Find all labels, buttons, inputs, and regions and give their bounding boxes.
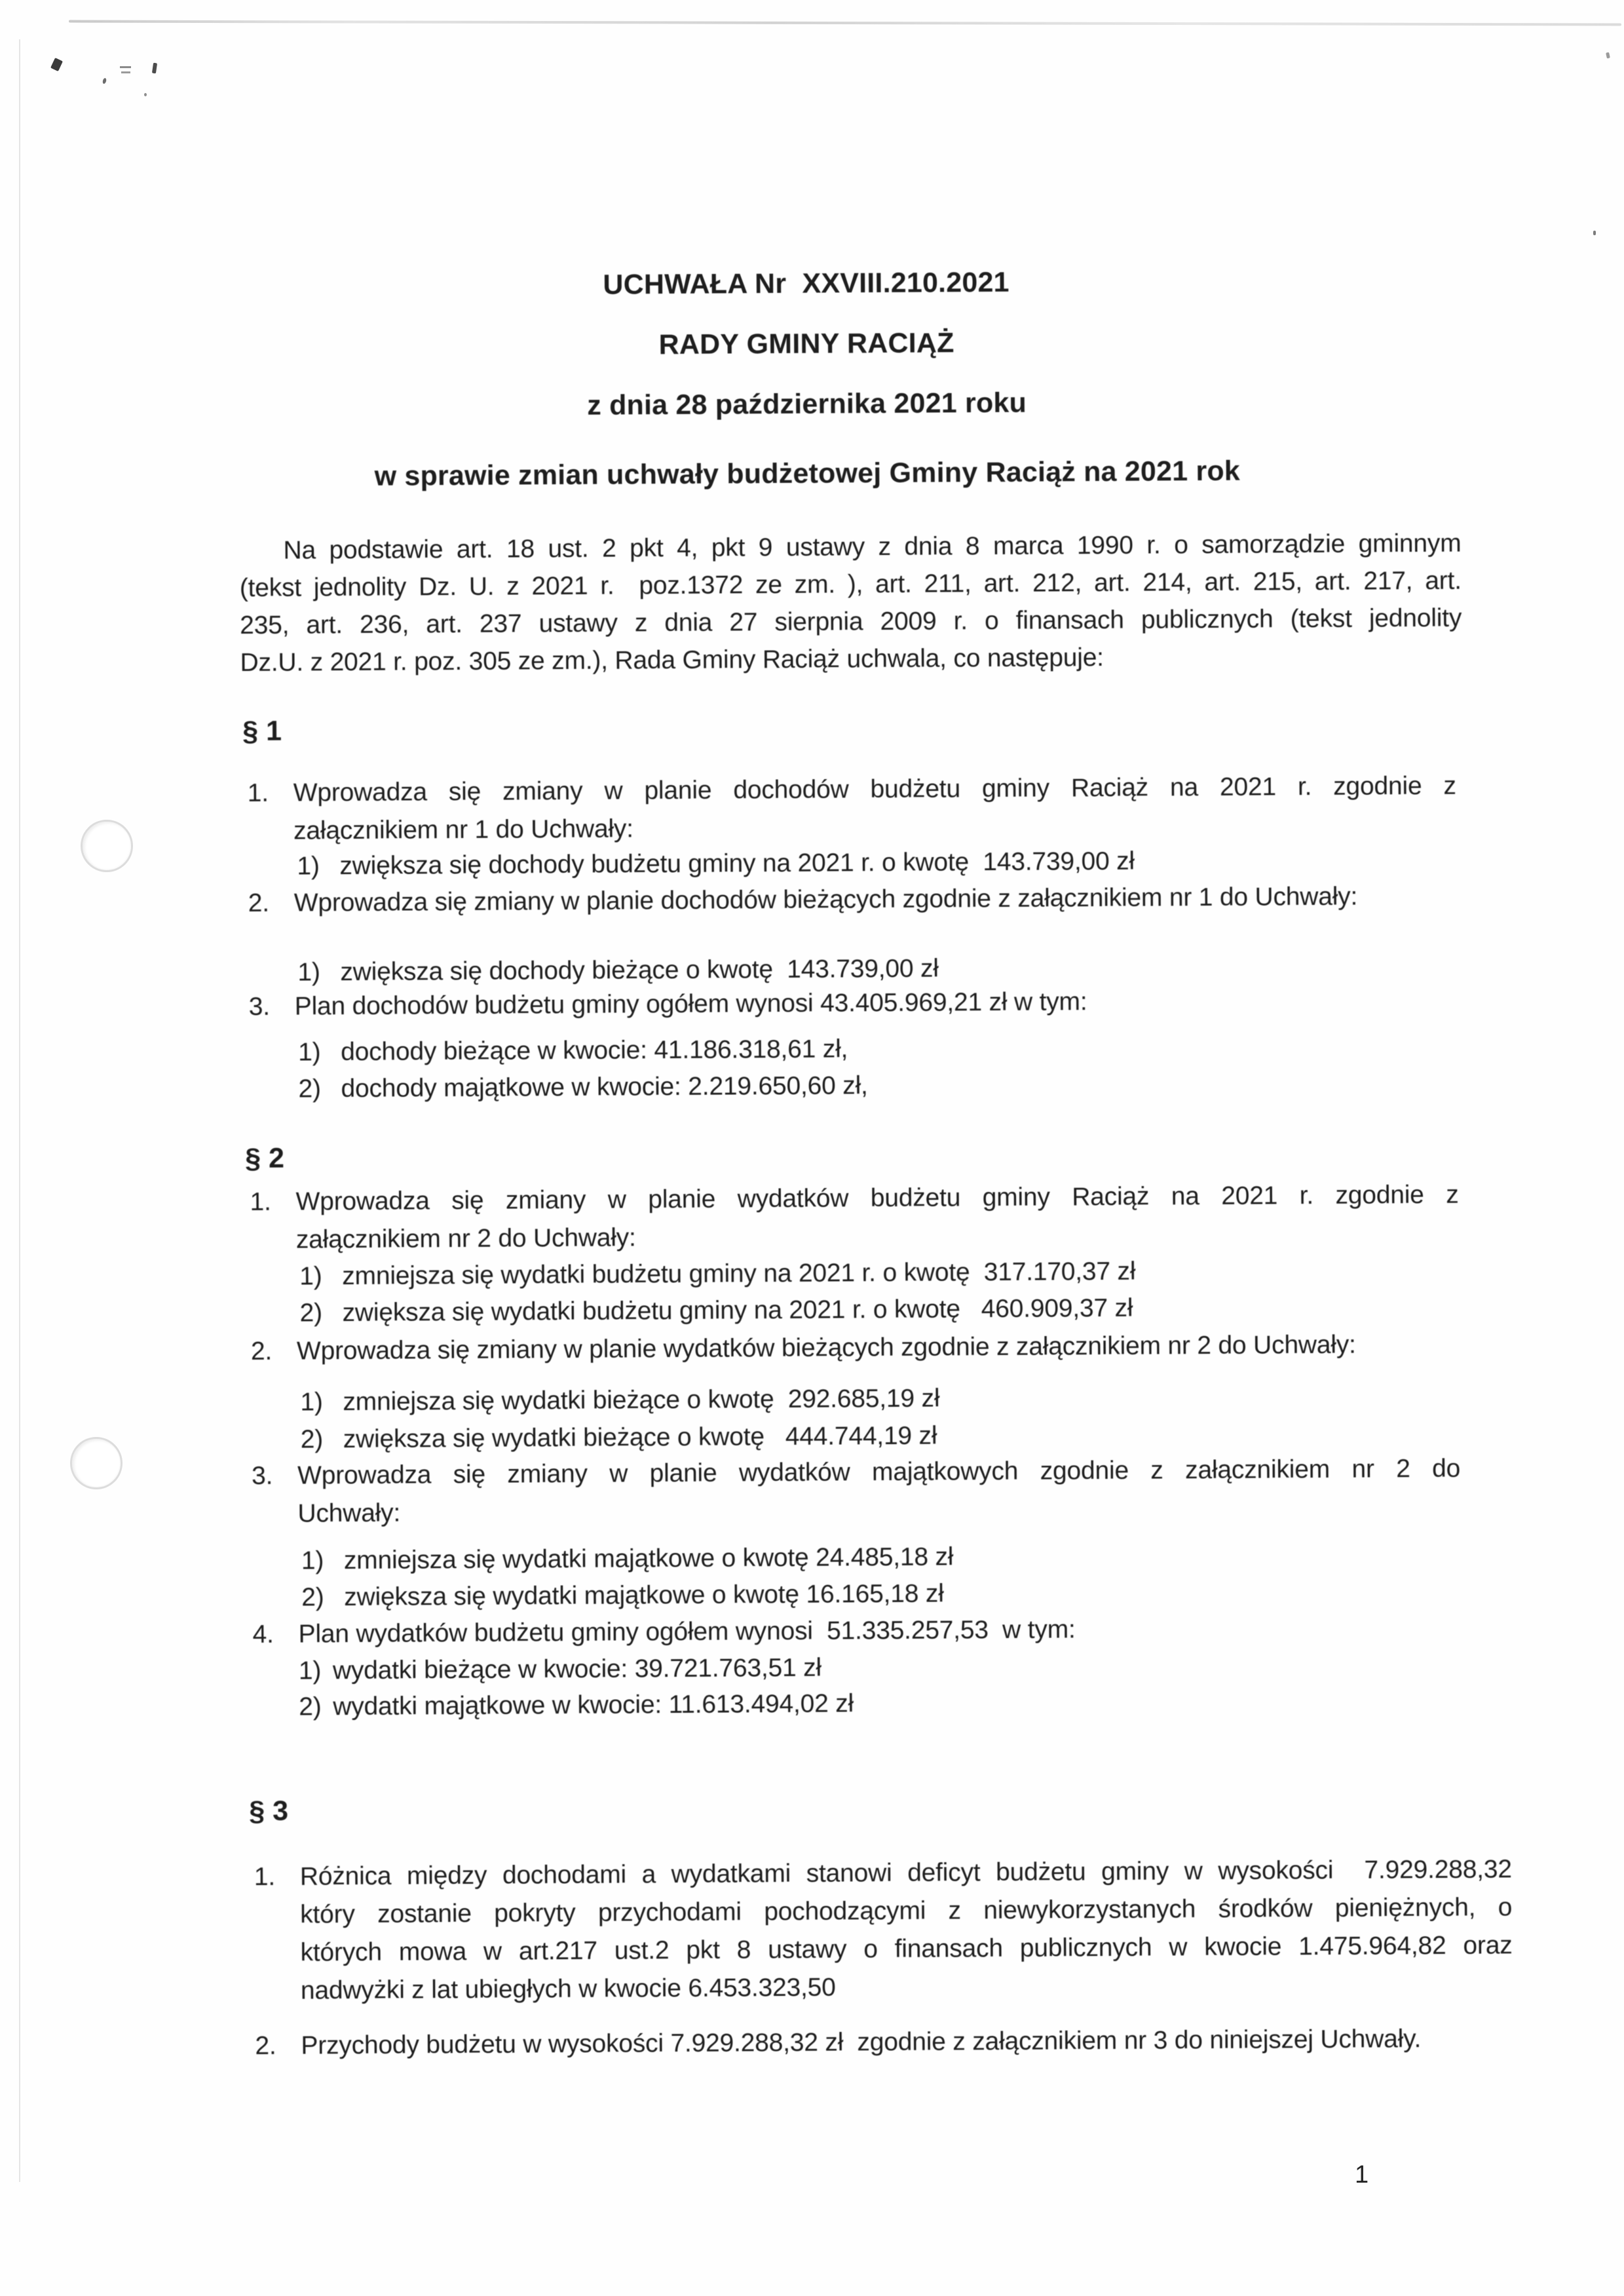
list-item-text: Plan dochodów budżetu gminy ogółem wynos… [295,981,1458,1026]
list-item-text: Wprowadza się zmiany w planie dochodów b… [294,877,1457,923]
list-item-text: Różnica między dochodami a wydatkami sta… [300,1850,1513,2010]
hole-punch-mark [81,820,133,872]
ink-speck [120,66,131,68]
list-marker: 1) [297,953,340,991]
page-number: 1 [1355,2161,1369,2189]
list-item-text: Wprowadza się zmiany w planie wydatków b… [297,1326,1460,1371]
section-1-heading: § 1 [242,716,282,748]
resolution-subject: w sprawie zmian uchwały budżetowej Gminy… [236,454,1379,493]
issuing-body: RADY GMINY RACIĄŻ [235,324,1378,364]
list-marker: 4. [252,1615,298,1653]
ink-speck [152,63,157,74]
list-item: 2. Wprowadza się zmiany w planie wydatkó… [251,1326,1460,1371]
list-marker: 2) [299,1294,342,1332]
list-marker: 1. [248,775,293,813]
list-marker: 1) [298,1033,341,1071]
list-marker: 1) [299,1257,342,1295]
list-item: 1. Wprowadza się zmiany w planie dochodó… [248,767,1457,851]
ink-speck [1593,231,1596,235]
list-item-text: zwiększa się wydatki budżetu gminy na 20… [342,1287,1485,1332]
list-marker: 1. [254,1858,300,1896]
resolution-date: z dnia 28 października 2021 roku [235,385,1378,424]
section-2-heading: § 2 [245,1143,284,1175]
list-item-text: dochody majątkowe w kwocie: 2.219.650,60… [341,1063,1484,1108]
ink-speck [1606,52,1610,59]
list-subitem: 2) wydatki majątkowe w kwocie: 11.613.49… [299,1681,1484,1726]
list-item-text: Wprowadza się zmiany w planie dochodów b… [293,767,1457,851]
section-3-heading: § 3 [249,1795,288,1827]
list-item-text: Wprowadza się zmiany w planie wydatków b… [295,1176,1459,1259]
list-item-text: Przychody budżetu w wysokości 7.929.288,… [301,2019,1513,2065]
list-item: 2. Wprowadza się zmiany w planie dochodó… [248,877,1457,923]
list-item: 2. Przychody budżetu w wysokości 7.929.2… [255,2019,1513,2065]
list-marker: 2. [251,1333,297,1371]
paragraph-line: 235, art. 236, art. 237 ustawy z dnia 27… [240,600,1462,644]
document-content: UCHWAŁA Nr XXVIII.210.2021 RADY GMINY RA… [233,0,1540,2296]
list-item-text: Wprowadza się zmiany w planie wydatków m… [297,1450,1461,1533]
legal-basis-paragraph: Na podstawie art. 18 ust. 2 pkt 4, pkt 9… [239,525,1462,681]
scan-left-edge-line [19,39,20,2182]
list-item: 3. Wprowadza się zmiany w planie wydatkó… [252,1450,1461,1533]
list-marker: 2. [255,2027,301,2065]
ink-speck [102,78,107,85]
list-marker: 1) [300,1383,343,1421]
list-marker: 2) [301,1578,344,1617]
list-marker: 2. [248,885,294,923]
scanned-document-page: { "page": { "number": "1" }, "header": {… [0,0,1624,2296]
list-marker: 2) [298,1070,341,1108]
hole-punch-mark [70,1437,123,1489]
list-item: 1. Różnica między dochodami a wydatkami … [254,1850,1513,2010]
list-marker: 2) [299,1688,333,1726]
list-marker: 1. [250,1183,295,1221]
list-item: 3. Plan dochodów budżetu gminy ogółem wy… [249,981,1458,1026]
document-sheet: UCHWAŁA Nr XXVIII.210.2021 RADY GMINY RA… [0,0,1624,2296]
list-marker: 2) [301,1421,343,1459]
ink-speck [50,58,63,71]
list-item: 1. Wprowadza się zmiany w planie wydatkó… [250,1176,1459,1259]
ink-speck [121,71,130,73]
list-marker: 3. [249,988,295,1026]
list-subitem: 2) dochody majątkowe w kwocie: 2.219.650… [298,1063,1484,1108]
list-marker: 1) [297,847,339,885]
ink-speck [144,93,147,96]
list-marker: 3. [252,1457,297,1495]
resolution-title: UCHWAŁA Nr XXVIII.210.2021 [235,264,1378,303]
paragraph-line: Dz.U. z 2021 r. poz. 305 ze zm.), Rada G… [240,637,1462,681]
list-marker: 1) [301,1542,344,1580]
list-marker: 1) [299,1652,333,1690]
list-item-text: wydatki majątkowe w kwocie: 11.613.494,0… [333,1681,1484,1726]
